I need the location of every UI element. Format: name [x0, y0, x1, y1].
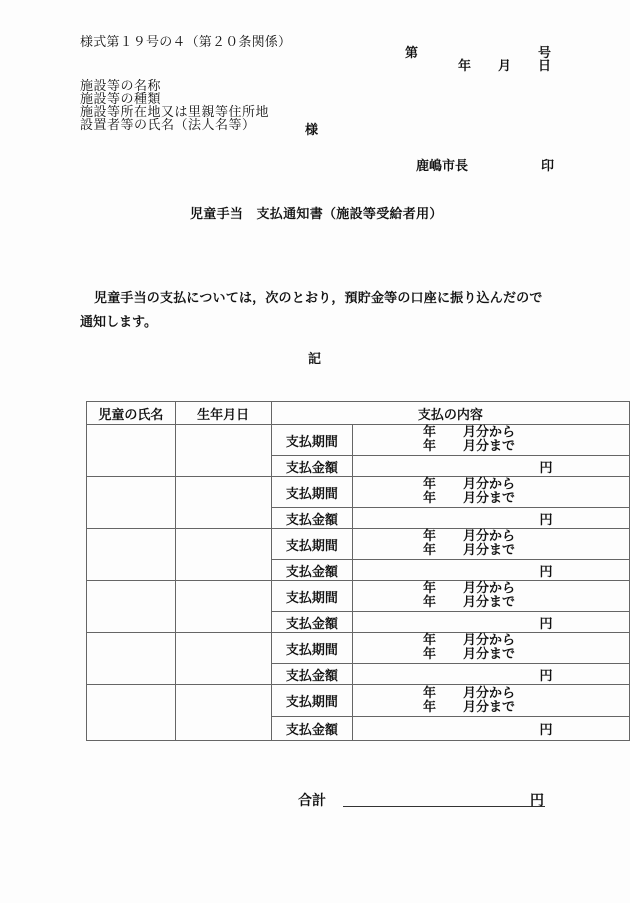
period-value-cell[interactable]: 年月分から年月分まで	[352, 685, 629, 717]
table-row: 支払期間年月分から年月分まで	[87, 581, 630, 612]
honorific: 様	[305, 119, 318, 138]
ki-heading: 記	[308, 348, 321, 367]
table-row: 支払期間年月分から年月分まで	[87, 685, 630, 717]
table-row: 支払期間年月分から年月分まで	[87, 633, 630, 664]
date-year: 年	[458, 55, 471, 74]
issuer-name: 鹿嶋市長	[416, 155, 468, 174]
amount-label: 支払金額	[271, 456, 352, 477]
payment-table: 児童の氏名 生年月日 支払の内容 支払期間年月分から年月分まで支払金額円支払期間…	[86, 401, 630, 741]
child-name-cell[interactable]	[87, 425, 176, 477]
period-label: 支払期間	[271, 685, 352, 717]
birthdate-cell[interactable]	[175, 425, 271, 477]
header-payment-details: 支払の内容	[271, 402, 629, 425]
doc-number-prefix: 第	[405, 42, 418, 61]
period-from-year: 年	[423, 426, 436, 440]
period-from-month: 月分から	[463, 582, 515, 596]
amount-value-cell[interactable]: 円	[352, 456, 629, 477]
period-to-month: 月分まで	[463, 648, 515, 662]
seal-mark: 印	[541, 155, 554, 174]
period-to-month: 月分まで	[463, 492, 515, 506]
amount-value-cell[interactable]: 円	[352, 508, 629, 529]
amount-label: 支払金額	[271, 560, 352, 581]
table-header-row: 児童の氏名 生年月日 支払の内容	[87, 402, 630, 425]
amount-label: 支払金額	[271, 664, 352, 685]
period-value-cell[interactable]: 年月分から年月分まで	[352, 529, 629, 560]
birthdate-cell[interactable]	[175, 581, 271, 633]
period-from-year: 年	[423, 634, 436, 648]
period-from-month: 月分から	[463, 687, 515, 701]
period-to-year: 年	[423, 648, 436, 662]
period-value-cell[interactable]: 年月分から年月分まで	[352, 581, 629, 612]
child-name-cell[interactable]	[87, 477, 176, 529]
total-unit: 円	[530, 790, 544, 810]
period-from-month: 月分から	[463, 426, 515, 440]
period-to-year: 年	[423, 440, 436, 454]
amount-value-cell[interactable]: 円	[352, 664, 629, 685]
child-name-cell[interactable]	[87, 581, 176, 633]
birthdate-cell[interactable]	[175, 529, 271, 581]
period-to-month: 月分まで	[463, 440, 515, 454]
period-to-month: 月分まで	[463, 701, 515, 715]
period-label: 支払期間	[271, 477, 352, 508]
period-label: 支払期間	[271, 633, 352, 664]
period-from-year: 年	[423, 478, 436, 492]
period-from-year: 年	[423, 687, 436, 701]
birthdate-cell[interactable]	[175, 477, 271, 529]
period-label: 支払期間	[271, 529, 352, 560]
body-text-line1: 児童手当の支払については，次のとおり，預貯金等の口座に振り込んだので	[94, 287, 543, 306]
header-child-name: 児童の氏名	[87, 402, 176, 425]
table-row: 支払期間年月分から年月分まで	[87, 529, 630, 560]
period-to-year: 年	[423, 596, 436, 610]
period-from-month: 月分から	[463, 530, 515, 544]
operator-name-label: 設置者等の氏名（法人名等）	[80, 119, 256, 132]
amount-value-cell[interactable]: 円	[352, 560, 629, 581]
amount-value-cell[interactable]: 円	[352, 612, 629, 633]
total-label: 合計	[298, 790, 326, 810]
period-to-month: 月分まで	[463, 544, 515, 558]
amount-label: 支払金額	[271, 612, 352, 633]
period-label: 支払期間	[271, 581, 352, 612]
date-day: 日	[538, 55, 551, 74]
child-name-cell[interactable]	[87, 633, 176, 685]
period-from-month: 月分から	[463, 634, 515, 648]
document-title: 児童手当 支払通知書（施設等受給者用）	[190, 203, 443, 222]
period-to-month: 月分まで	[463, 596, 515, 610]
form-number: 様式第１９号の４（第２０条関係）	[80, 31, 291, 50]
amount-label: 支払金額	[271, 508, 352, 529]
table-row: 支払期間年月分から年月分まで	[87, 425, 630, 456]
period-label: 支払期間	[271, 425, 352, 456]
period-from-month: 月分から	[463, 478, 515, 492]
header-birthdate: 生年月日	[175, 402, 271, 425]
period-value-cell[interactable]: 年月分から年月分まで	[352, 633, 629, 664]
child-name-cell[interactable]	[87, 529, 176, 581]
period-value-cell[interactable]: 年月分から年月分まで	[352, 425, 629, 456]
date-month: 月	[498, 55, 511, 74]
birthdate-cell[interactable]	[175, 633, 271, 685]
amount-label: 支払金額	[271, 717, 352, 741]
period-from-year: 年	[423, 582, 436, 596]
total-amount-field[interactable]	[343, 806, 545, 807]
period-to-year: 年	[423, 492, 436, 506]
period-value-cell[interactable]: 年月分から年月分まで	[352, 477, 629, 508]
period-to-year: 年	[423, 544, 436, 558]
birthdate-cell[interactable]	[175, 685, 271, 741]
body-text-line2: 通知します。	[80, 311, 157, 330]
amount-value-cell[interactable]: 円	[352, 717, 629, 741]
period-to-year: 年	[423, 701, 436, 715]
table-row: 支払期間年月分から年月分まで	[87, 477, 630, 508]
child-name-cell[interactable]	[87, 685, 176, 741]
period-from-year: 年	[423, 530, 436, 544]
